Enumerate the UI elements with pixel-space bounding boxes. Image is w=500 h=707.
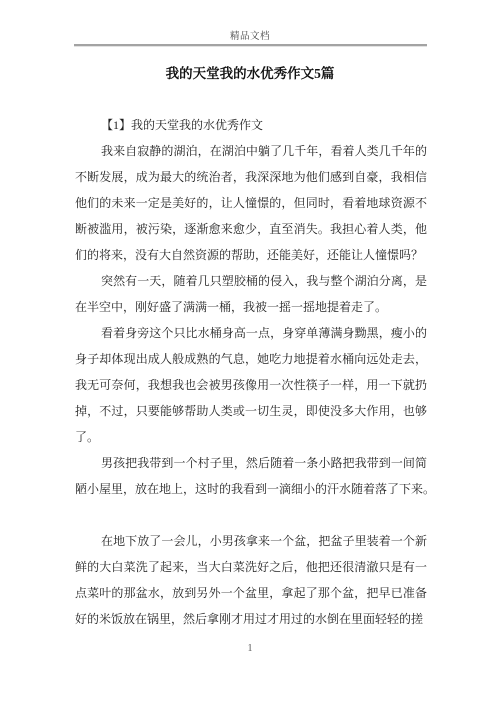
page-footer: 1 xyxy=(0,642,500,656)
text-line: 好的米饭放在锅里，然后拿刚才用过才用过的水倒在里面轻轻的搓 xyxy=(75,606,427,632)
page-number: 1 xyxy=(248,643,253,654)
text-line: 们的将来，没有大自然资源的帮助，还能美好，还能让人憧憬吗？ xyxy=(75,242,427,268)
text-line: 在地下放了一会儿，小男孩拿来一个盆，把盆子里装着一个新 xyxy=(75,528,427,554)
text-line: 了。 xyxy=(75,424,427,450)
blank-line xyxy=(75,502,427,528)
document-body: 【1】我的天堂我的水优秀作文我来自寂静的湖泊，在湖泊中躺了几千年，看着人类几千年… xyxy=(75,112,427,632)
text-line: 我来自寂静的湖泊，在湖泊中躺了几千年，看着人类几千年的 xyxy=(75,138,427,164)
text-line: 在半空中，刚好盛了满满一桶，我被一摇一摇地提着走了。 xyxy=(75,294,427,320)
text-line: 掉，不过，只要能够帮助人类或一切生灵，即使没多大作用，也够 xyxy=(75,398,427,424)
text-line: 他们的未来一定是美好的，让人憧憬的，但同时，看着地球资源不 xyxy=(75,190,427,216)
text-line: 鲜的大白菜洗了起来，当大白菜洗好之后，他把还很清澈只是有一 xyxy=(75,554,427,580)
document-page: 精品文档 我的天堂我的水优秀作文5篇 【1】我的天堂我的水优秀作文我来自寂静的湖… xyxy=(0,0,500,707)
text-line: 看着身旁这个只比水桶身高一点，身穿单薄满身黝黑，瘦小的 xyxy=(75,320,427,346)
text-line: 男孩把我带到一个村子里，然后随着一条小路把我带到一间简 xyxy=(75,450,427,476)
header-rule xyxy=(74,44,427,47)
text-line: 我无可奈何，我想我也会被男孩像用一次性筷子一样，用一下就扔 xyxy=(75,372,427,398)
text-line: 陋小屋里，放在地上，这时的我看到一滴细小的汗水随着落了下来。 xyxy=(75,476,427,502)
text-line: 断被滥用，被污染，逐渐愈来愈少，直至消失。我担心着人类，他 xyxy=(75,216,427,242)
text-line: 点菜叶的那盆水，放到另外一个盆里，拿起了那个盆，把早已准备 xyxy=(75,580,427,606)
text-line: 突然有一天，随着几只塑胶桶的侵入，我与整个湖泊分离，是 xyxy=(75,268,427,294)
page-title: 我的天堂我的水优秀作文5篇 xyxy=(0,62,500,86)
header-text: 精品文档 xyxy=(0,31,500,43)
text-line: 不断发展，成为最大的统治者，我深深地为他们感到自豪，我相信 xyxy=(75,164,427,190)
text-line: 【1】我的天堂我的水优秀作文 xyxy=(75,112,427,138)
text-line: 身子却体现出成人般成熟的气息，她吃力地提着水桶向远处走去， xyxy=(75,346,427,372)
